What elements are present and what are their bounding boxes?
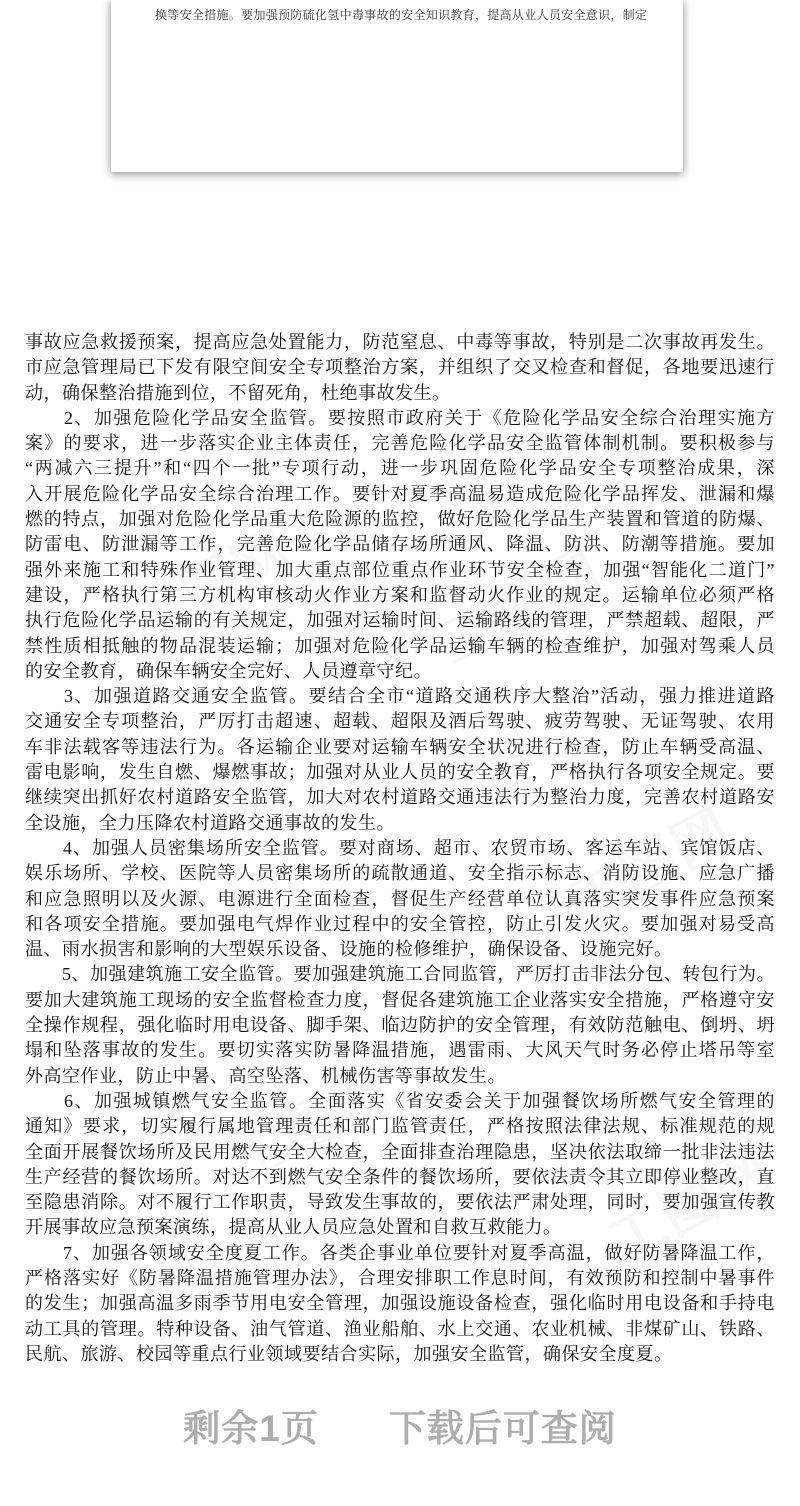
text-line: 和应急照明以及火源、电源进行全面检查，督促生产经营单位认真落实突发事件应急预案: [25, 887, 775, 912]
previous-page-last-line: 换等安全措施。要加强预防硫化氢中毒事故的安全知识教育，提高从业人员安全意识，制定: [155, 7, 647, 24]
text-line: 燃的特点，加强对危险化学品重大危险源的监控，做好危险化学品生产装置和管道的防爆、: [25, 507, 775, 532]
text-line: 继续突出抓好农村道路安全监管，加大对农村道路交通违法行为整治力度，完善农村道路安: [25, 785, 775, 810]
text-line: 和各项安全措施。要加强电气焊作业过程中的安全管控，防止引发火灾。要加强对易受高: [25, 912, 775, 937]
text-line: 执行危险化学品运输的有关规定，加强对运输时间、运输路线的管理，严禁超载、超限，严: [25, 608, 775, 633]
text-line: 民航、旅游、校园等重点行业领域要结合实际，加强安全监管，确保安全度夏。: [25, 1342, 775, 1367]
text-line: 强外来施工和特殊作业管理、加大重点部位重点作业环节安全检查，加强“智能化二道门”: [25, 558, 775, 583]
text-line: 防雷电、防泄漏等工作，完善危险化学品储存场所通风、降温、防洪、防潮等措施。要加: [25, 532, 775, 557]
text-line: 的发生；加强高温多雨季节用电安全管理，加强设施设备检查，强化临时用电设备和手持电: [25, 1291, 775, 1316]
document-body: 事故应急救援预案，提高应急处置能力，防范窒息、中毒等事故，特别是二次事故再发生。…: [25, 330, 775, 1367]
text-line: 雷电影响，发生自燃、爆燃事故；加强对从业人员的安全教育，严格执行各项安全规定。要: [25, 760, 775, 785]
text-line: 建设，严格执行第三方机构审核动火作业方案和监督动火作业的规定。运输单位必须严格: [25, 583, 775, 608]
text-line: 严格落实好《防暑降温措施管理办法》，合理安排职工作息时间，有效预防和控制中暑事件: [25, 1266, 775, 1291]
text-line: 车非法载客等违法行为。各运输企业要对运输车辆安全状况进行检查，防止车辆受高温、: [25, 735, 775, 760]
text-line: 事故应急救援预案，提高应急处置能力，防范窒息、中毒等事故，特别是二次事故再发生。: [25, 330, 775, 355]
text-line: 3、加强道路交通安全监管。要结合全市“道路交通秩序大整治”活动，强力推进道路: [25, 684, 775, 709]
text-line: 要加大建筑施工现场的安全监督检查力度，督促各建筑施工企业落实安全措施，严格遵守安: [25, 988, 775, 1013]
text-line: 开展事故应急预案演练，提高从业人员应急处置和自救互救能力。: [25, 1215, 775, 1240]
text-line: 禁性质相抵触的物品混装运输；加强对危险化学品运输车辆的检查维护，加强对驾乘人员: [25, 634, 775, 659]
text-line: 至隐患消除。对不履行工作职责，导致发生事故的，要依法严肃处理，同时，要加强宣传教…: [25, 1190, 775, 1215]
document-preview-stage: 工图网 工图网 工图网 工图网 工图网 换等安全措施。要加强预防硫化氢中毒事故的…: [0, 0, 800, 1506]
text-line: 生产经营的餐饮场所。对达不到燃气安全条件的餐饮场所，要依法责令其立即停业整改，直: [25, 1165, 775, 1190]
text-line: 全设施，全力压降农村道路交通事故的发生。: [25, 811, 775, 836]
text-line: 6、加强城镇燃气安全监管。全面落实《省安委会关于加强餐饮场所燃气安全管理的: [25, 1089, 775, 1114]
text-line: 通知》要求，切实履行属地管理责任和部门监管责任，严格按照法律法规、标准规范的规定…: [25, 1114, 775, 1139]
text-line: 外高空作业，防止中暑、高空坠落、机械伤害等事故发生。: [25, 1064, 775, 1089]
text-line: 的安全教育，确保车辆安全完好、人员遵章守纪。: [25, 659, 775, 684]
text-line: 4、加强人员密集场所安全监管。要对商场、超市、农贸市场、客运车站、宾馆饭店、: [25, 836, 775, 861]
text-line: 动工具的管理。特种设备、油气管道、渔业船舶、水上交通、农业机械、非煤矿山、铁路、: [25, 1317, 775, 1342]
text-line: 交通安全专项整治，严厉打击超速、超载、超限及酒后驾驶、疲劳驾驶、无证驾驶、农用: [25, 709, 775, 734]
text-line: 塌和坠落事故的发生。要切实落实防暑降温措施，遇雷雨、大风天气时务必停止塔吊等室: [25, 1038, 775, 1063]
previous-page-sheet: 换等安全措施。要加强预防硫化氢中毒事故的安全知识教育，提高从业人员安全意识，制定: [111, 0, 683, 172]
footer-banner: 剩余1页 下载后可查阅: [0, 1398, 800, 1452]
text-line: 全面开展餐饮场所及民用燃气安全大检查，全面排查治理隐患，坚决依法取缔一批非法违法: [25, 1140, 775, 1165]
text-line: 温、雨水损害和影响的大型娱乐设备、设施的检修维护，确保设备、设施完好。: [25, 937, 775, 962]
text-line: 入开展危险化学品安全综合治理工作。要针对夏季高温易造成危险化学品挥发、泄漏和爆: [25, 482, 775, 507]
text-line: 动，确保整治措施到位，不留死角，杜绝事故发生。: [25, 381, 775, 406]
text-line: “两减六三提升”和“四个一批”专项行动，进一步巩固危险化学品安全专项整治成果，深: [25, 456, 775, 481]
download-to-view-hint[interactable]: 下载后可查阅: [389, 1398, 617, 1452]
text-line: 5、加强建筑施工安全监管。要加强建筑施工合同监管，严厉打击非法分包、转包行为。: [25, 962, 775, 987]
text-line: 市应急管理局已下发有限空间安全专项整治方案，并组织了交叉检查和督促，各地要迅速行: [25, 355, 775, 380]
text-line: 7、加强各领域安全度夏工作。各类企事业单位要针对夏季高温，做好防暑降温工作，: [25, 1241, 775, 1266]
text-line: 2、加强危险化学品安全监管。要按照市政府关于《危险化学品安全综合治理实施方: [25, 406, 775, 431]
remaining-pages-label: 剩余1页: [183, 1398, 319, 1452]
text-line: 全操作规程，强化临时用电设备、脚手架、临边防护的安全管理，有效防范触电、倒坍、坍: [25, 1013, 775, 1038]
text-line: 娱乐场所、学校、医院等人员密集场所的疏散通道、安全指示标志、消防设施、应急广播: [25, 861, 775, 886]
text-line: 案》的要求，进一步落实企业主体责任，完善危险化学品安全监管体制机制。要积极参与: [25, 431, 775, 456]
